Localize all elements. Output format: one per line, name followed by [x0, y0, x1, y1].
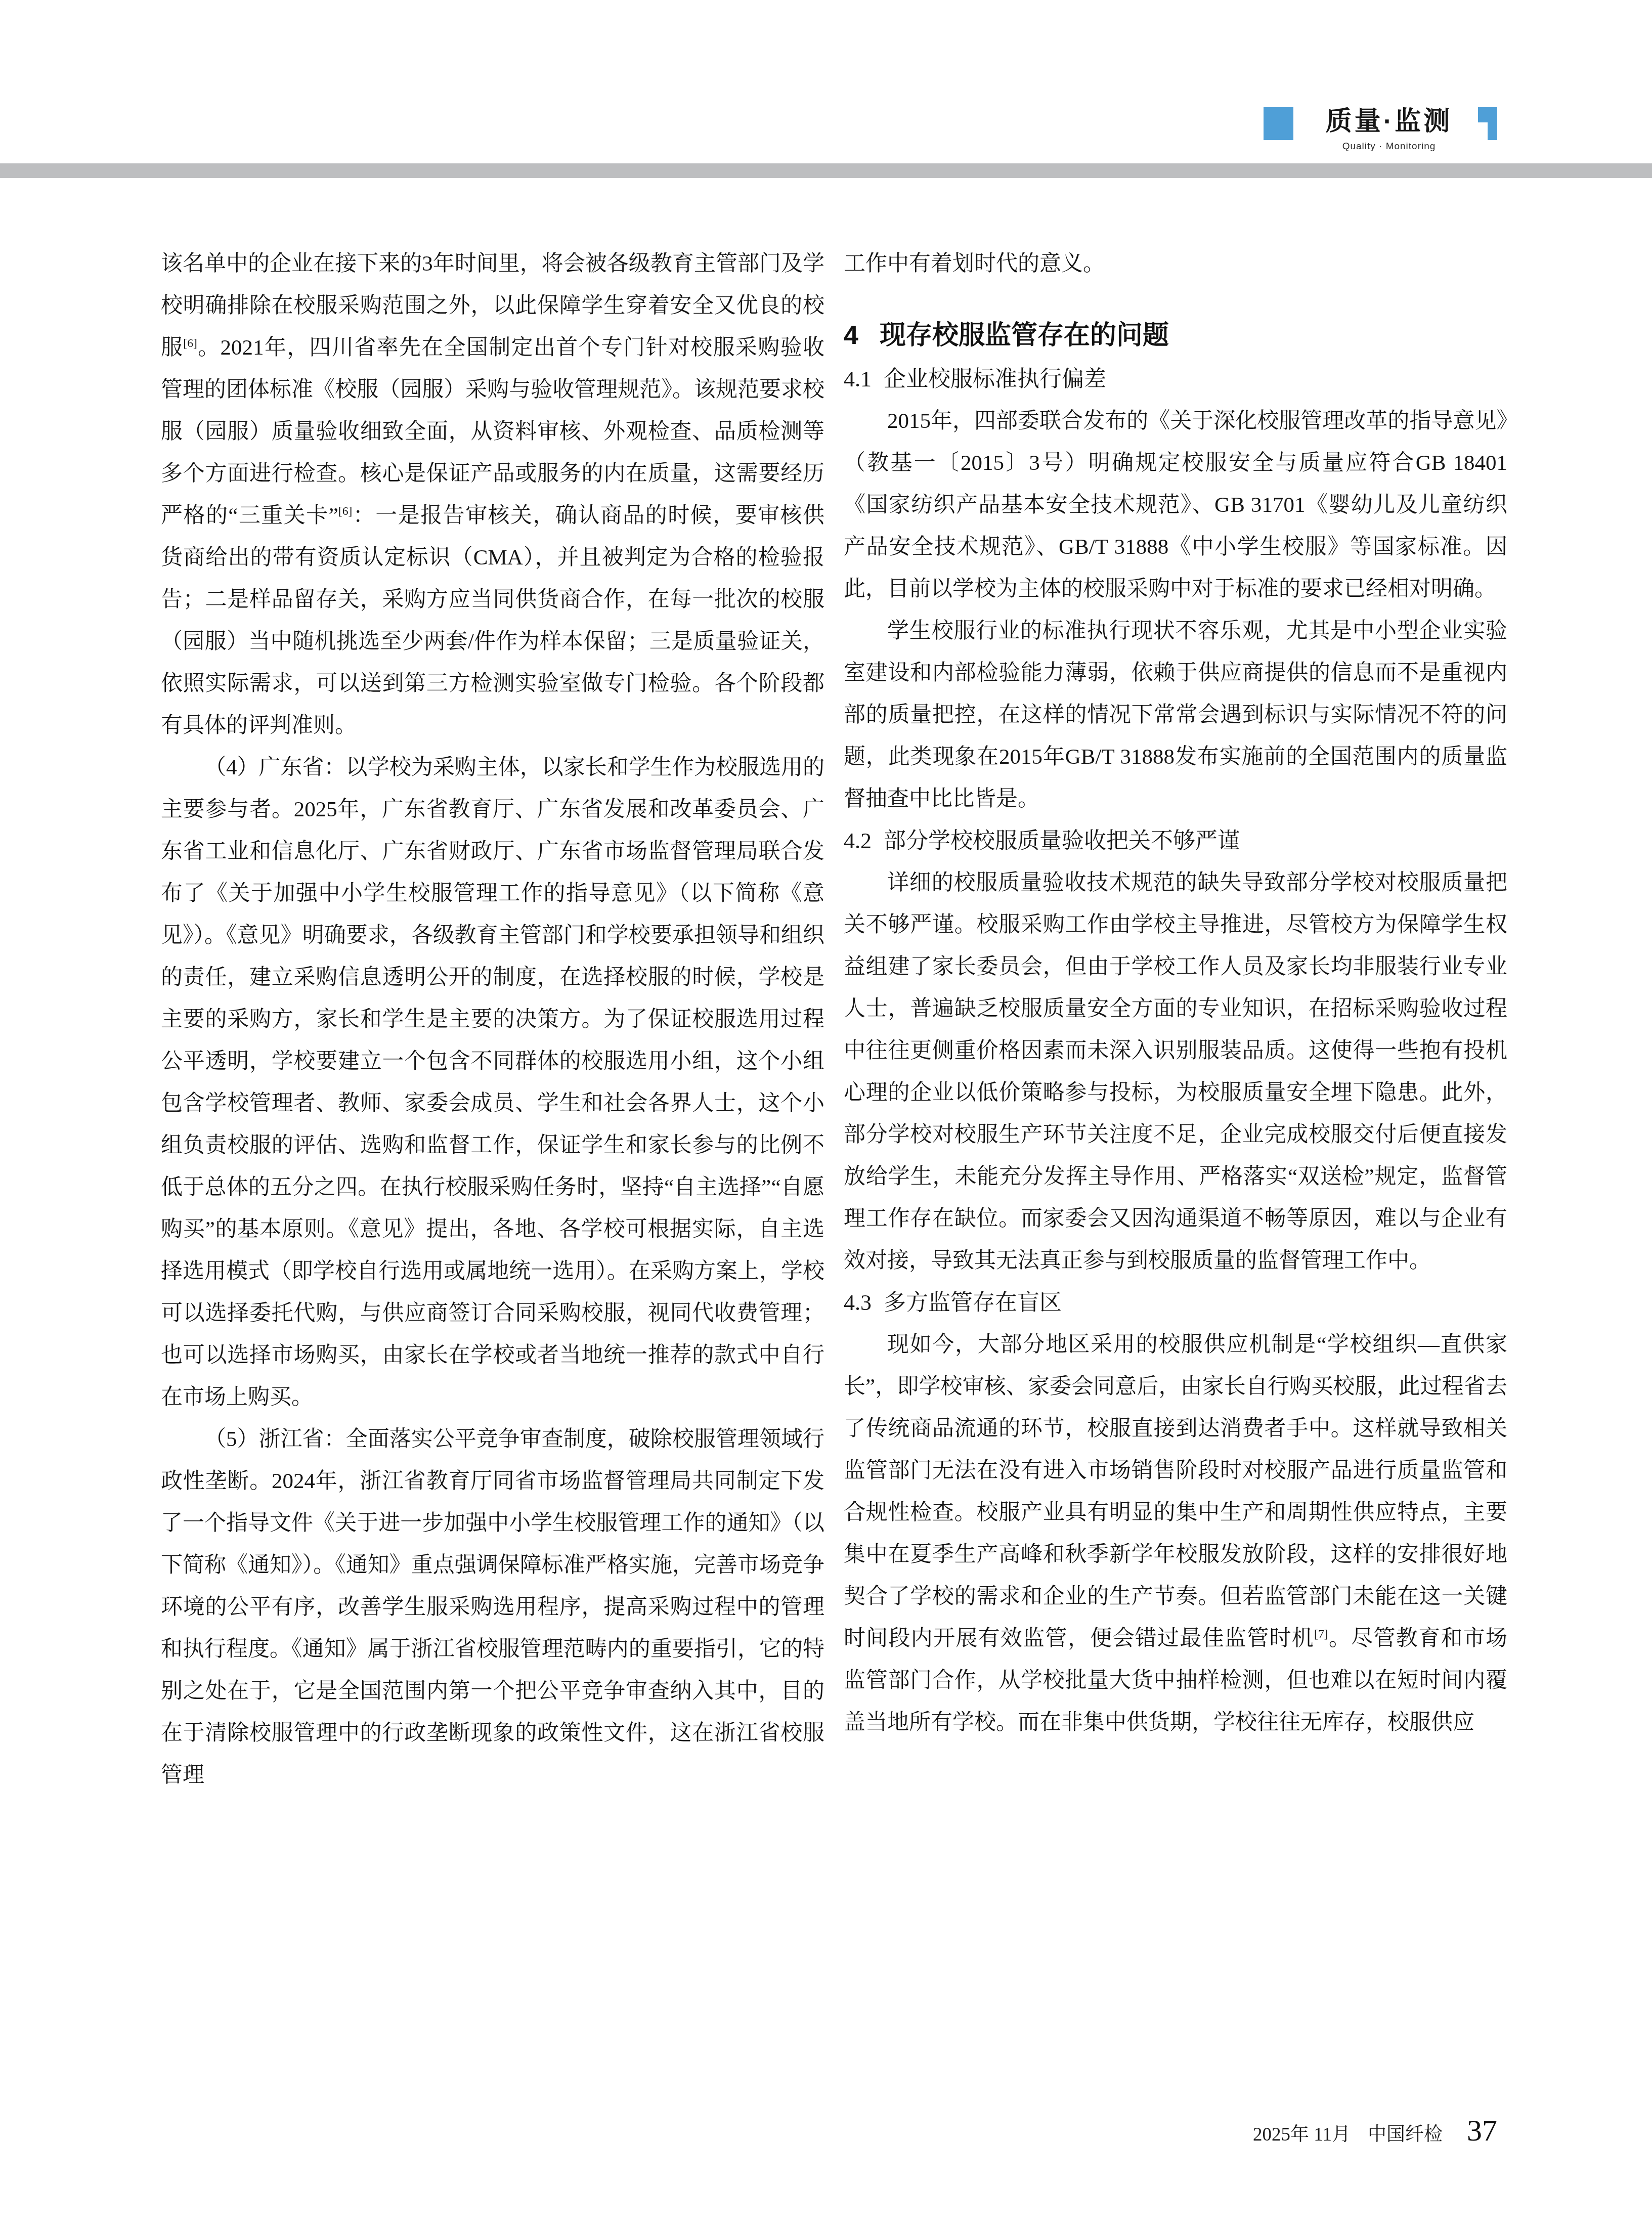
heading-number: 4: [844, 321, 858, 350]
paragraph: 学生校服行业的标准执行现状不容乐观，尤其是中小型企业实验室建设和内部检验能力薄弱…: [844, 610, 1507, 820]
paragraph: 工作中有着划时代的意义。: [844, 243, 1507, 285]
reference-marker: [6]: [338, 505, 353, 518]
journal-page: 质量·监测 Quality · Monitoring 该名单中的企业在接下来的3…: [0, 0, 1652, 2225]
header-category: 质量·监测 Quality · Monitoring: [1313, 103, 1465, 153]
heading-text: 多方监管存在盲区: [884, 1290, 1062, 1315]
reference-marker: [7]: [1314, 1628, 1328, 1641]
subsection-heading: 4.2部分学校校服质量验收把关不够严谨: [844, 820, 1507, 862]
paragraph: 2015年，四部委联合发布的《关于深化校服管理改革的指导意见》（教基一〔2015…: [844, 400, 1507, 610]
paragraph: （4）广东省：以学校为采购主体，以家长和学生作为校服选用的主要参与者。2025年…: [161, 747, 824, 1418]
header-accent-square-icon: [1264, 107, 1293, 140]
subsection-heading: 4.1企业校服标准执行偏差: [844, 358, 1507, 400]
reference-marker: [6]: [183, 337, 197, 350]
accent-mark-bar: [1478, 107, 1497, 122]
page-footer: 2025年 11月 中国纤检 37: [1214, 2113, 1497, 2148]
section-heading: 4现存校服监管存在的问题: [844, 313, 1507, 358]
left-column: 该名单中的企业在接下来的3年时间里，将会被各级教育主管部门及学校明确排除在校服采…: [161, 243, 824, 1796]
footer-page-number: 37: [1467, 2113, 1497, 2148]
heading-number: 4.3: [844, 1290, 872, 1315]
paragraph: （5）浙江省：全面落实公平竞争审查制度，破除校服管理领域行政性垄断。2024年，…: [161, 1418, 824, 1796]
accent-mark-square: [1488, 122, 1497, 140]
header-accent-mark-icon: [1478, 107, 1497, 140]
footer-journal-name: 中国纤检: [1368, 2119, 1443, 2146]
paragraph: 详细的校服质量验收技术规范的缺失导致部分学校对校服质量把关不够严谨。校服采购工作…: [844, 862, 1507, 1282]
heading-number: 4.1: [844, 367, 872, 391]
top-divider-bar: [0, 163, 1652, 178]
paragraph: 该名单中的企业在接下来的3年时间里，将会被各级教育主管部门及学校明确排除在校服采…: [161, 243, 824, 747]
footer-issue-date: 2025年 11月: [1253, 2119, 1351, 2146]
subsection-heading: 4.3多方监管存在盲区: [844, 1282, 1507, 1324]
category-title-en: Quality · Monitoring: [1313, 141, 1465, 153]
heading-text: 现存校服监管存在的问题: [880, 321, 1169, 350]
heading-text: 部分学校校服质量验收把关不够严谨: [884, 828, 1240, 853]
heading-number: 4.2: [844, 828, 872, 853]
right-column: 工作中有着划时代的意义。4现存校服监管存在的问题4.1企业校服标准执行偏差201…: [844, 243, 1507, 1743]
paragraph: 现如今，大部分地区采用的校服供应机制是“学校组织—直供家长”，即学校审核、家委会…: [844, 1324, 1507, 1743]
heading-text: 企业校服标准执行偏差: [884, 367, 1106, 391]
category-title-cn: 质量·监测: [1313, 103, 1465, 140]
